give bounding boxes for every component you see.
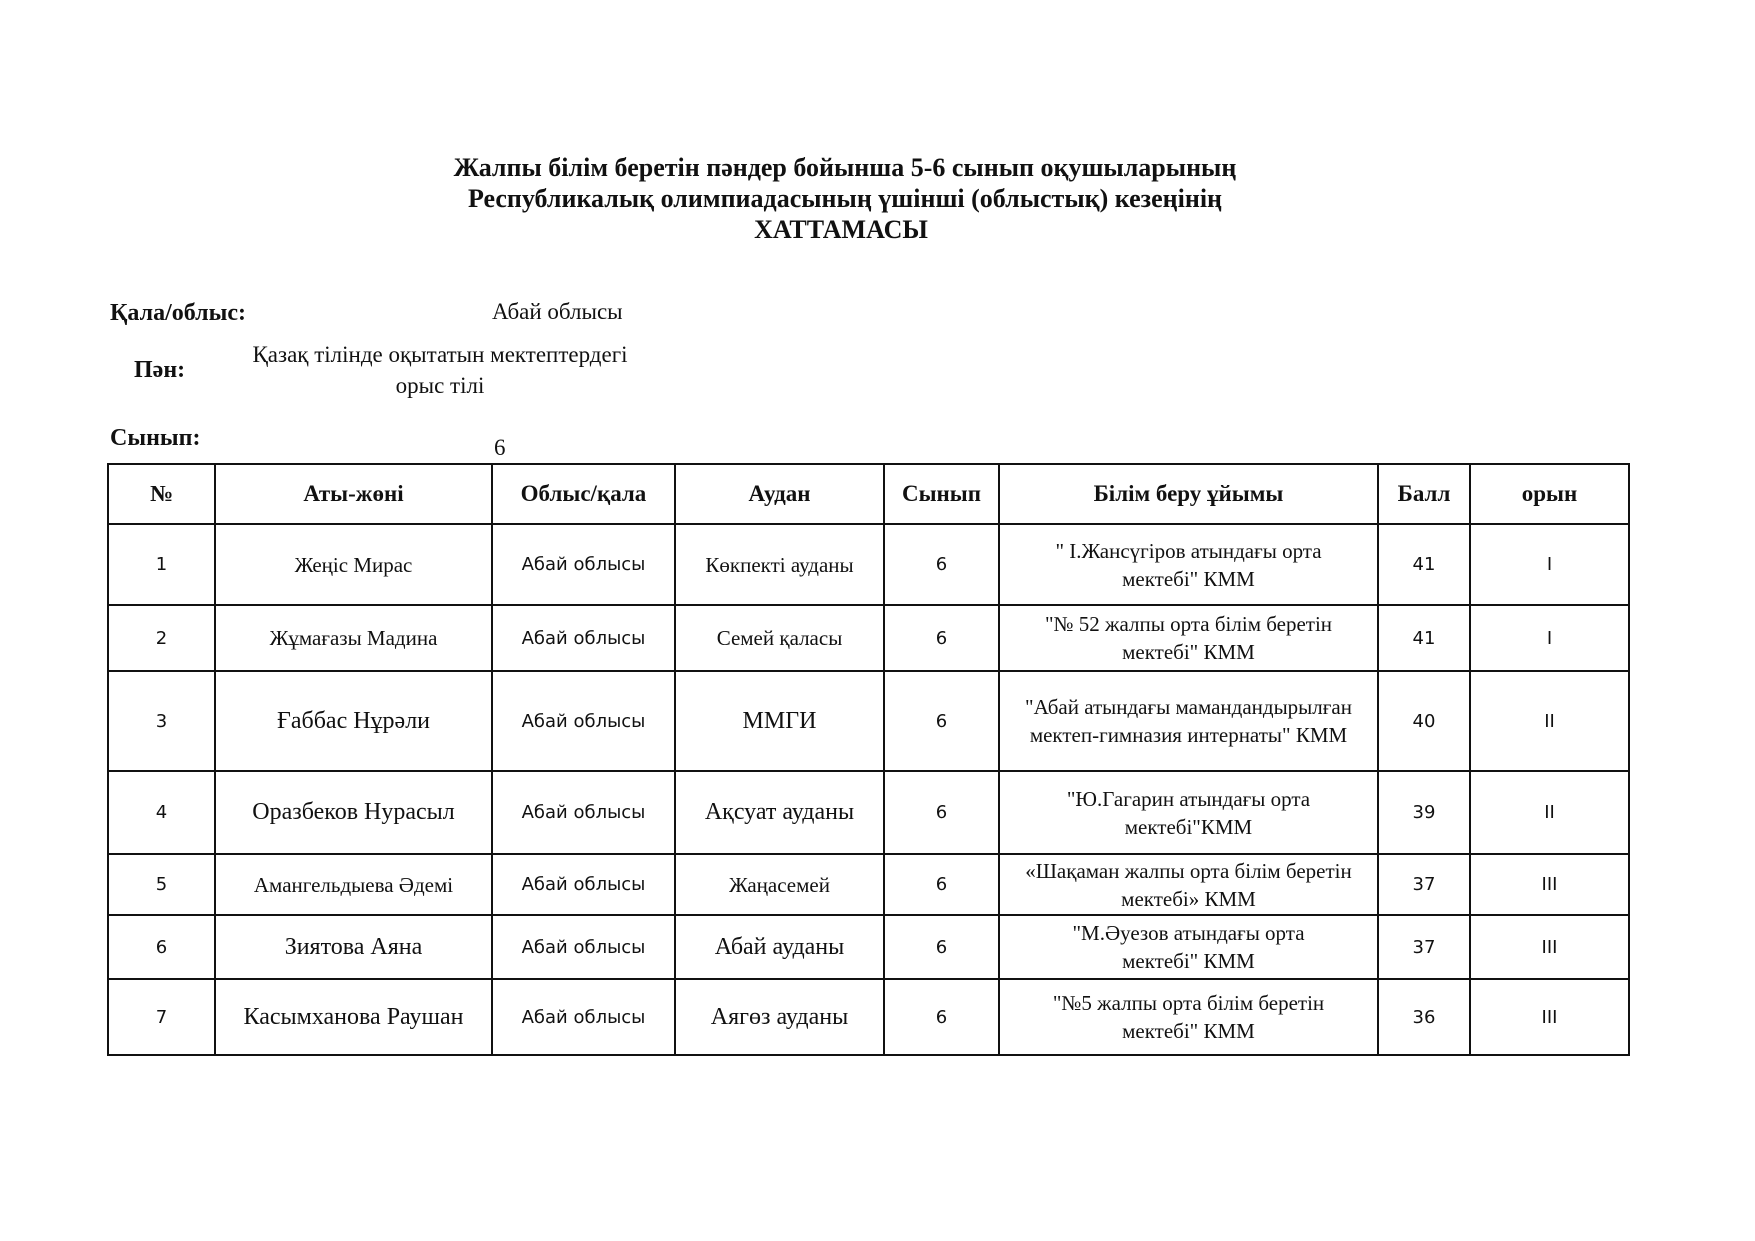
organization-line-1: "М.Әуезов атындағы орта	[1004, 919, 1373, 947]
table-row: 6 Зиятова Аяна Абай облысы Абай ауданы 6…	[108, 915, 1629, 979]
col-header-name: Аты-жөні	[215, 464, 492, 524]
cell-district: Көкпекті ауданы	[675, 524, 884, 605]
cell-number: 3	[108, 671, 215, 771]
cell-number: 1	[108, 524, 215, 605]
organization-line-2: мектебі» КММ	[1004, 885, 1373, 913]
cell-score: 41	[1378, 524, 1470, 605]
cell-region: Абай облысы	[492, 854, 675, 915]
cell-place: III	[1470, 915, 1629, 979]
grade-label: Сынып:	[110, 425, 200, 452]
cell-name: Жеңіс Мирас	[215, 524, 492, 605]
col-header-grade: Сынып	[884, 464, 999, 524]
organization-line-1: "Абай атындағы мамандандырылған	[1004, 693, 1373, 721]
cell-district: Аягөз ауданы	[675, 979, 884, 1055]
title-line-1: Жалпы білім беретін пәндер бойынша 5-6 с…	[0, 152, 1690, 183]
cell-score: 36	[1378, 979, 1470, 1055]
col-header-number: №	[108, 464, 215, 524]
cell-organization: " І.Жансүгіров атындағы орта мектебі" КМ…	[999, 524, 1378, 605]
cell-number: 4	[108, 771, 215, 854]
cell-region: Абай облысы	[492, 524, 675, 605]
organization-line-2: мектебі"КММ	[1004, 813, 1373, 841]
cell-place: II	[1470, 771, 1629, 854]
organization-line-1: "№ 52 жалпы орта білім беретін	[1004, 610, 1373, 638]
cell-name: Зиятова Аяна	[215, 915, 492, 979]
cell-organization: "Ю.Гагарин атындағы орта мектебі"КММ	[999, 771, 1378, 854]
results-table: № Аты-жөні Облыс/қала Аудан Сынып Білім …	[107, 463, 1630, 1056]
cell-region: Абай облысы	[492, 979, 675, 1055]
cell-organization: "№ 52 жалпы орта білім беретін мектебі" …	[999, 605, 1378, 671]
cell-grade: 6	[884, 605, 999, 671]
cell-name: Касымханова Раушан	[215, 979, 492, 1055]
cell-score: 41	[1378, 605, 1470, 671]
cell-number: 5	[108, 854, 215, 915]
table-row: 4 Оразбеков Нурасыл Абай облысы Ақсуат а…	[108, 771, 1629, 854]
cell-place: I	[1470, 524, 1629, 605]
region-value: Абай облысы	[492, 296, 623, 327]
document-title: Жалпы білім беретін пәндер бойынша 5-6 с…	[0, 152, 1690, 245]
organization-line-1: "№5 жалпы орта білім беретін	[1004, 989, 1373, 1017]
cell-number: 2	[108, 605, 215, 671]
title-line-2: Республикалық олимпиадасының үшінші (обл…	[0, 183, 1690, 214]
organization-line-2: мектебі" КММ	[1004, 565, 1373, 593]
col-header-organization: Білім беру ұйымы	[999, 464, 1378, 524]
cell-district: Абай ауданы	[675, 915, 884, 979]
table-row: 1 Жеңіс Мирас Абай облысы Көкпекті аудан…	[108, 524, 1629, 605]
cell-region: Абай облысы	[492, 605, 675, 671]
cell-district: ММГИ	[675, 671, 884, 771]
cell-grade: 6	[884, 915, 999, 979]
cell-place: I	[1470, 605, 1629, 671]
col-header-score: Балл	[1378, 464, 1470, 524]
cell-region: Абай облысы	[492, 671, 675, 771]
organization-line-2: мектеп-гимназия интернаты" КММ	[1004, 721, 1373, 749]
cell-organization: «Шақаман жалпы орта білім беретін мектеб…	[999, 854, 1378, 915]
cell-district: Семей қаласы	[675, 605, 884, 671]
subject-value: Қазақ тілінде оқытатын мектептердегі оры…	[230, 339, 650, 401]
grade-value: 6	[494, 432, 506, 463]
cell-score: 39	[1378, 771, 1470, 854]
cell-organization: "М.Әуезов атындағы орта мектебі" КММ	[999, 915, 1378, 979]
organization-line-2: мектебі" КММ	[1004, 947, 1373, 975]
cell-score: 37	[1378, 854, 1470, 915]
organization-line-1: "Ю.Гагарин атындағы орта	[1004, 785, 1373, 813]
cell-organization: "Абай атындағы мамандандырылған мектеп-г…	[999, 671, 1378, 771]
cell-grade: 6	[884, 854, 999, 915]
organization-line-1: " І.Жансүгіров атындағы орта	[1004, 537, 1373, 565]
cell-region: Абай облысы	[492, 915, 675, 979]
col-header-region: Облыс/қала	[492, 464, 675, 524]
cell-name: Ғаббас Нұрәли	[215, 671, 492, 771]
title-line-3: ХАТТАМАСЫ	[0, 214, 1690, 245]
cell-place: III	[1470, 979, 1629, 1055]
cell-name: Жұмағазы Мадина	[215, 605, 492, 671]
organization-line-1: «Шақаман жалпы орта білім беретін	[1004, 857, 1373, 885]
cell-region: Абай облысы	[492, 771, 675, 854]
cell-name: Амангельдыева Әдемі	[215, 854, 492, 915]
cell-number: 7	[108, 979, 215, 1055]
col-header-district: Аудан	[675, 464, 884, 524]
cell-grade: 6	[884, 671, 999, 771]
table-row: 5 Амангельдыева Әдемі Абай облысы Жаңасе…	[108, 854, 1629, 915]
subject-value-line-1: Қазақ тілінде оқытатын мектептердегі	[230, 339, 650, 370]
subject-value-line-2: орыс тілі	[230, 370, 650, 401]
cell-place: II	[1470, 671, 1629, 771]
cell-number: 6	[108, 915, 215, 979]
cell-place: III	[1470, 854, 1629, 915]
table-row: 3 Ғаббас Нұрәли Абай облысы ММГИ 6 "Абай…	[108, 671, 1629, 771]
cell-grade: 6	[884, 979, 999, 1055]
cell-organization: "№5 жалпы орта білім беретін мектебі" КМ…	[999, 979, 1378, 1055]
table-header-row: № Аты-жөні Облыс/қала Аудан Сынып Білім …	[108, 464, 1629, 524]
cell-grade: 6	[884, 524, 999, 605]
cell-score: 37	[1378, 915, 1470, 979]
col-header-place: орын	[1470, 464, 1629, 524]
organization-line-2: мектебі" КММ	[1004, 638, 1373, 666]
table-row: 2 Жұмағазы Мадина Абай облысы Семей қала…	[108, 605, 1629, 671]
cell-grade: 6	[884, 771, 999, 854]
cell-district: Жаңасемей	[675, 854, 884, 915]
cell-name: Оразбеков Нурасыл	[215, 771, 492, 854]
cell-score: 40	[1378, 671, 1470, 771]
cell-district: Ақсуат ауданы	[675, 771, 884, 854]
table-row: 7 Касымханова Раушан Абай облысы Аягөз а…	[108, 979, 1629, 1055]
region-label: Қала/облыс:	[110, 300, 246, 327]
organization-line-2: мектебі" КММ	[1004, 1017, 1373, 1045]
subject-label: Пән:	[134, 357, 185, 384]
